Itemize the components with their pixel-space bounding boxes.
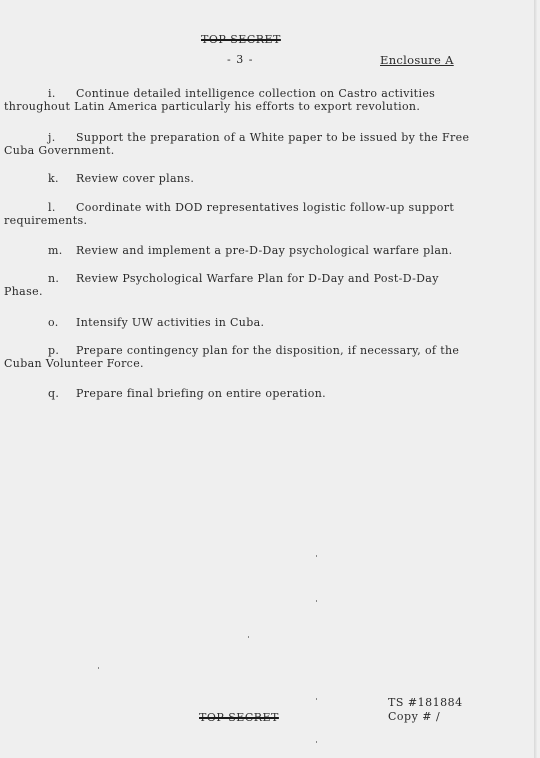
scan-speck	[316, 600, 317, 602]
item-first-line: j.Support the preparation of a White pap…	[4, 131, 494, 144]
item-first-line: o.Intensify UW activities in Cuba.	[4, 316, 494, 329]
item-label: j.	[48, 131, 76, 144]
item-label: i.	[48, 87, 76, 100]
copy-number: Copy # /	[388, 710, 440, 723]
item-label: l.	[48, 201, 76, 214]
item-label: k.	[48, 172, 76, 185]
page-number: - 3 -	[227, 53, 253, 66]
item-first-line: q.Prepare final briefing on entire opera…	[4, 387, 494, 400]
list-item: l.Coordinate with DOD representatives lo…	[4, 201, 494, 227]
item-first-line: i.Continue detailed intelligence collect…	[4, 87, 494, 100]
list-item: j.Support the preparation of a White pap…	[4, 131, 494, 157]
item-first-line: l.Coordinate with DOD representatives lo…	[4, 201, 494, 214]
item-continuation: throughout Latin America particularly hi…	[4, 100, 494, 113]
item-text: Review Psychological Warfare Plan for D-…	[76, 272, 439, 285]
item-first-line: p.Prepare contingency plan for the dispo…	[4, 344, 494, 357]
control-number: TS #181884	[388, 696, 463, 709]
list-item: o.Intensify UW activities in Cuba.	[4, 316, 494, 329]
item-label: p.	[48, 344, 76, 357]
item-text: Review and implement a pre-D-Day psychol…	[76, 244, 453, 257]
item-first-line: m.Review and implement a pre-D-Day psych…	[4, 244, 494, 257]
item-label: o.	[48, 316, 76, 329]
list-item: m.Review and implement a pre-D-Day psych…	[4, 244, 494, 257]
item-continuation: Cuba Government.	[4, 144, 494, 157]
list-item: i.Continue detailed intelligence collect…	[4, 87, 494, 113]
item-label: n.	[48, 272, 76, 285]
item-continuation: requirements.	[4, 214, 494, 227]
item-first-line: n.Review Psychological Warfare Plan for …	[4, 272, 494, 285]
item-text: Coordinate with DOD representatives logi…	[76, 201, 454, 214]
item-label: m.	[48, 244, 76, 257]
list-item: k.Review cover plans.	[4, 172, 494, 185]
footer-classification: TOP SECRET	[199, 711, 279, 724]
enclosure-label: Enclosure A	[380, 53, 454, 67]
scan-speck	[316, 741, 317, 743]
scan-speck	[316, 698, 317, 700]
item-first-line: k.Review cover plans.	[4, 172, 494, 185]
item-continuation: Phase.	[4, 285, 494, 298]
list-item: q.Prepare final briefing on entire opera…	[4, 387, 494, 400]
item-text: Support the preparation of a White paper…	[76, 131, 469, 144]
item-text: Prepare contingency plan for the disposi…	[76, 344, 459, 357]
scan-speck	[316, 555, 317, 557]
item-continuation: Cuban Volunteer Force.	[4, 357, 494, 370]
page-edge	[534, 0, 537, 758]
item-text: Prepare final briefing on entire operati…	[76, 387, 326, 400]
list-item: n.Review Psychological Warfare Plan for …	[4, 272, 494, 298]
item-text: Continue detailed intelligence collectio…	[76, 87, 435, 100]
header-classification: TOP SECRET	[201, 33, 281, 46]
list-item: p.Prepare contingency plan for the dispo…	[4, 344, 494, 370]
item-text: Review cover plans.	[76, 172, 194, 185]
document-page: TOP SECRET - 3 - Enclosure A i.Continue …	[0, 0, 537, 758]
item-label: q.	[48, 387, 76, 400]
scan-speck	[248, 636, 249, 638]
scan-speck	[98, 667, 99, 669]
item-text: Intensify UW activities in Cuba.	[76, 316, 264, 329]
